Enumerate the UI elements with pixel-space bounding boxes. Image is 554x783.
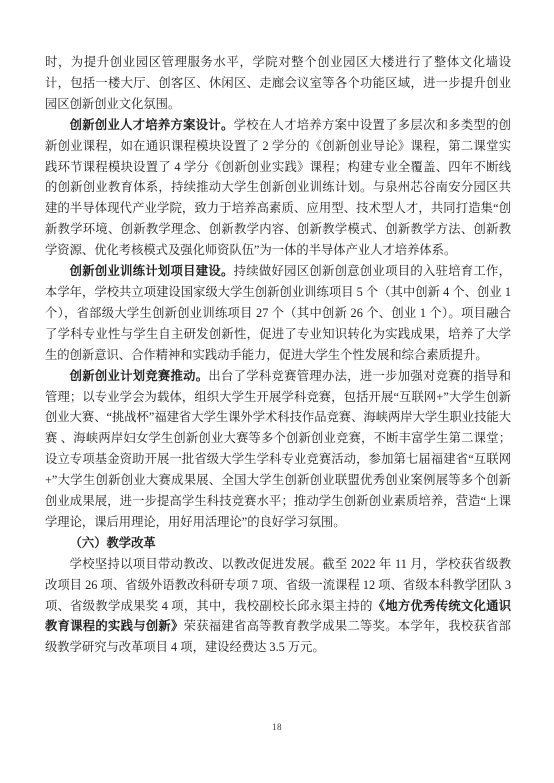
- text-run: 出台了学科竞赛管理办法，进一步加强对竞赛的指导和管理；以专业学会为载体，组织大学…: [45, 369, 511, 529]
- paragraph: 创新创业训练计划项目建设。持续做好园区创新创意创业项目的入驻培育工作，本学年，学…: [45, 261, 511, 366]
- text-run: （六）教学改革: [70, 536, 156, 550]
- paragraph: 创新创业人才培养方案设计。学校在人才培养方案中设置了多层次和多类型的创新创业课程…: [45, 115, 511, 261]
- text-run: 创新创业计划竞赛推动。: [70, 369, 209, 383]
- text-run: 创新创业人才培养方案设计。: [70, 118, 234, 132]
- text-run: 时，为提升创业园区管理服务水平，学院对整个创业园区大楼进行了整体文化墙设计，包括…: [45, 55, 511, 111]
- text-run: 学校在人才培养方案中设置了多层次和多类型的创新创业课程，如在通识课程模块设置了 …: [45, 118, 511, 257]
- page-number: 18: [0, 722, 554, 732]
- paragraph: 创新创业计划竞赛推动。出台了学科竞赛管理办法，进一步加强对竞赛的指导和管理；以专…: [45, 366, 511, 533]
- paragraph: （六）教学改革: [45, 533, 511, 554]
- document-page: 时，为提升创业园区管理服务水平，学院对整个创业园区大楼进行了整体文化墙设计，包括…: [0, 0, 554, 783]
- text-run: 持续做好园区创新创意创业项目的入驻培育工作，本学年，学校共立项建设国家级大学生创…: [45, 264, 511, 362]
- text-run: 创新创业训练计划项目建设。: [70, 264, 234, 278]
- document-text: 时，为提升创业园区管理服务水平，学院对整个创业园区大楼进行了整体文化墙设计，包括…: [45, 52, 511, 658]
- paragraph: 学校坚持以项目带动教改、以教改促进发展。截至 2022 年 11 月，学校获省级…: [45, 554, 511, 659]
- paragraph: 时，为提升创业园区管理服务水平，学院对整个创业园区大楼进行了整体文化墙设计，包括…: [45, 52, 511, 115]
